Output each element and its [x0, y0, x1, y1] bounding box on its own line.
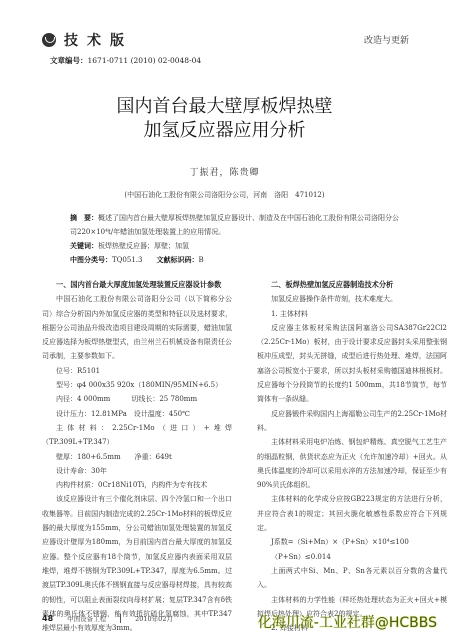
keywords-text: 板焊热壁反应器；厚壁；加氢 [98, 242, 189, 250]
right-column: 二、板焊热壁加氢反应器制造技术分析 加氢反应器操作条件苛刻，技术难度大。 1. … [257, 278, 447, 635]
abstract-block: 摘 要：概述了国内首台最大壁厚板焊热壁加氢反应器设计、制造及在中国石油化工股份有… [70, 211, 400, 267]
paragraph: 主体材料采用电炉冶炼、钢包炉精炼、真空脱气工艺生产的细晶粒钢，供货状态应为正火（… [257, 435, 447, 492]
paragraph: 加氢反应器操作条件苛刻，技术难度大。 [257, 292, 447, 306]
article-title: 国内首台最大壁厚板焊热壁 加氢反应器应用分析 [0, 95, 449, 143]
clc-label: 中图分类号： [70, 256, 112, 264]
left-column: 一、国内首台最大厚度加氢处理装置反应器设计参数 中国石油化工股份有限公司洛阳分公… [42, 278, 232, 635]
doc-code-value: B [198, 256, 203, 264]
article-number-value: 1671-0711 (2010) 02-0048-04 [88, 56, 202, 65]
article-number: 文章编号：1671-0711 (2010) 02-0048-04 [50, 55, 201, 66]
param-item: 主体材料：2.25Cr-1Mo（进口）+堆焊（TP.309L+TP.347） [42, 421, 232, 450]
section-heading-2: 二、板焊热壁加氢反应器制造技术分析 [257, 278, 447, 292]
footer-divider [120, 614, 121, 623]
journal-name: 中国设备工程 [67, 614, 106, 623]
doc-code-label: 文献标识码： [156, 256, 198, 264]
page-footer: 48 中国设备工程 2010年02月 [42, 614, 173, 623]
section-name: 技术版 [64, 30, 133, 50]
param-item: 位号：R5101 [42, 364, 232, 378]
header-logo: 技术版 [42, 30, 133, 50]
classification: 中图分类号：TQ051.3 文献标识码：B [70, 253, 400, 267]
issue-date: 2010年02月 [135, 614, 173, 623]
watermark: 化海川流-工业社群@HCBBS [258, 612, 437, 632]
authors: 丁振君，陈贵卿 [0, 165, 449, 178]
journal-logo-icon [42, 33, 56, 47]
section-heading-1: 一、国内首台最大厚度加氢处理装置反应器设计参数 [42, 278, 232, 292]
paragraph: 反应器锻件采购国内上海福勒公司生产的2.25Cr-1Mo材料。 [257, 407, 447, 436]
abstract: 摘 要：概述了国内首台最大壁厚板焊热壁加氢反应器设计、制造及在中国石油化工股份有… [70, 211, 400, 239]
param-item: 壁厚：180+6.5mm 净重：649t [42, 450, 232, 464]
paragraph: 反应器主体板材采购法国阿塞洛公司SA387Gr22Cl2（2.25Cr-1Mo）… [257, 321, 447, 407]
formula-p-sn: （P+Sn）≤0.014 [257, 550, 447, 564]
abstract-label: 摘 要： [70, 214, 98, 222]
abstract-text: 概述了国内首台最大壁厚板焊热壁加氢反应器设计、制造及在中国石油化工股份有限公司洛… [70, 214, 399, 236]
param-item: 设计寿命：30年 [42, 464, 232, 478]
keywords: 关键词：板焊热壁反应器；厚壁；加氢 [70, 239, 400, 253]
param-item: 设计压力：12.81MPa 设计温度：450℃ [42, 407, 232, 421]
paragraph: 上面两式中Si、Mn、P、Sn各元素以百分数的含量代入。 [257, 564, 447, 593]
param-item: 型号：φ4 000x35 920x（180MIN/95MIN+6.5） [42, 378, 232, 392]
title-line-2: 加氢反应器应用分析 [0, 119, 449, 143]
keywords-label: 关键词： [70, 242, 98, 250]
subheading-main-material: 1. 主体材料 [257, 307, 447, 321]
column-tag: 改造与更新 [364, 33, 409, 46]
article-number-label: 文章编号： [50, 56, 88, 65]
title-line-1: 国内首台最大壁厚板焊热壁 [0, 95, 449, 119]
page-number: 48 [42, 614, 53, 623]
paragraph: 中国石油化工股份有限公司洛阳分公司（以下简称分公司）综合分析国内外加氢反应器的类… [42, 292, 232, 363]
param-item: 内构件材质：0Cr18Ni10Ti，内构件为专有技术 [42, 478, 232, 492]
formula-j-factor: J系数=（Si+Mn）×（P+Sn）×10⁴≤100 [257, 535, 447, 549]
clc-value: TQ051.3 [112, 256, 142, 264]
affiliation: (中国石油化工股份有限公司洛阳分公司，河南 洛阳 471012) [0, 190, 449, 200]
paragraph: 主体材料的化学成分应按GB223规定的方法进行分析，并应符合表1的规定；其回火脆… [257, 492, 447, 535]
param-item: 内径：4 000mm 切线长：25 780mm [42, 392, 232, 406]
